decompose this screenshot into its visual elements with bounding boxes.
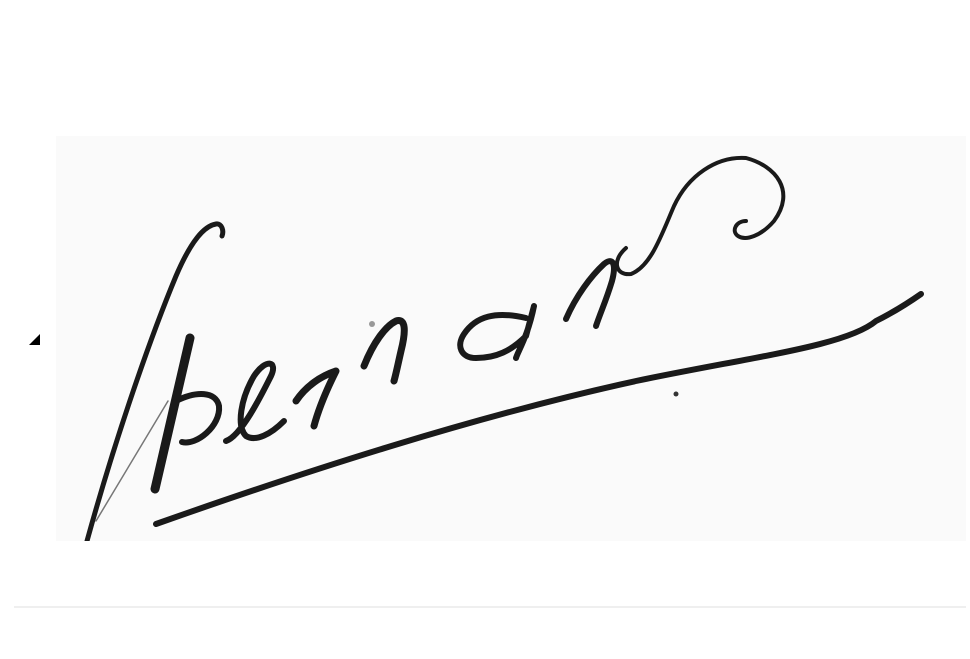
collapse-triangle-icon[interactable] (29, 334, 40, 345)
divider (14, 606, 966, 608)
signature-drawing (56, 136, 966, 541)
signature-image: Handwritten signature reading Bernanos, … (56, 136, 966, 541)
